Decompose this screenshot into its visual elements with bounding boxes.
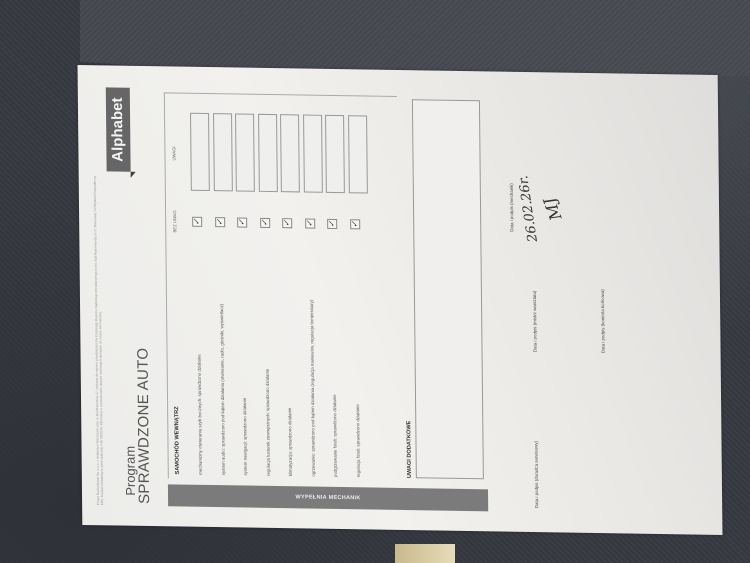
remarks-field[interactable] [348,115,368,193]
service-advisor-signature-label: Data i podpis (doradca serwisowy) [533,441,539,508]
sidebar-label: WYPEŁNIA MECHANIK [295,494,360,501]
mechanic-signature-label: Data i podpis (mechanik) [509,183,515,232]
legal-fine-print: Prawo Rachunkowe Sp. z o.o. z siedzibą w… [93,175,105,505]
checklist-item-label: system audio: sprawdzono pod kątem dział… [219,304,226,475]
workshop-master-signature-label: Data i podpis (mistrz warsztatu) [532,291,538,353]
column-remarks-header: UWAGI [171,146,176,160]
final-control-signature-label: Data i podpis (kontrola końcowa) [600,289,606,353]
program-title: Program SPRAWDZONE AUTO [122,347,152,504]
checklist-item-label: mechanizmy otwierania szyb bocznych: spr… [197,354,203,475]
checklist-item-label: regulacja foteli: sprawdzono działanie [355,404,361,477]
checklist-row: regulacja foteli: sprawdzono działanie✓ [346,96,373,481]
no-remarks-checkbox[interactable]: ✓ [215,217,225,227]
checklist-rows: mechanizmy otwierania szyb bocznych: spr… [189,94,373,482]
alphabet-logo: Alphabet [106,87,131,172]
document-photo: Prawo Rachunkowe Sp. z o.o. z siedzibą w… [70,60,730,540]
checklist-item-label: klimatyzacja: sprawdzono działanie [287,408,293,477]
remarks-field[interactable] [235,113,255,191]
section-title: SAMOCHÓD WEWNĄTRZ [174,406,181,474]
mechanic-signature-handwritten: MJ [540,195,566,223]
remarks-field[interactable] [190,113,210,191]
remarks-field[interactable] [303,115,323,193]
checklist-item-label: regulacja lusterek zewnętrznych: sprawdz… [264,369,270,476]
extra-remarks-label: UWAGI DODATKOWE [406,421,413,478]
no-remarks-checkbox[interactable]: ✓ [305,219,315,229]
checklist-item-label: podgrzewanie foteli: sprawdzono działani… [332,394,338,477]
remarks-field[interactable] [280,114,300,192]
no-remarks-checkbox[interactable]: ✓ [192,217,202,227]
checklist-item-label: system nawigacji: sprawdzono działanie [242,398,248,476]
mechanic-date-handwritten: 26.02.26r. [516,175,541,243]
no-remarks-checkbox[interactable]: ✓ [350,219,360,229]
extra-remarks-section: UWAGI DODATKOWE [400,97,488,483]
mechanic-sidebar: WYPEŁNIA MECHANIK [168,484,488,511]
extra-remarks-box[interactable] [412,99,484,479]
banknote-corner [395,544,455,563]
no-remarks-checkbox[interactable]: ✓ [282,218,292,228]
remarks-field[interactable] [213,113,233,191]
interior-checklist: SAMOCHÓD WEWNĄTRZ BEZ UWAG UWAGI mechani… [164,92,401,482]
checklist-item-label: ogrzewanie: sprawdzono pod kątem działan… [308,300,315,477]
no-remarks-checkbox[interactable]: ✓ [260,218,270,228]
no-remarks-checkbox[interactable]: ✓ [237,217,247,227]
no-remarks-checkbox[interactable]: ✓ [327,219,337,229]
column-ok-header: BEZ UWAG [172,210,177,232]
inspection-form-page: Prawo Rachunkowe Sp. z o.o. z siedzibą w… [78,65,723,535]
remarks-field[interactable] [325,115,345,193]
program-name: SPRAWDZONE AUTO [136,348,152,504]
remarks-field[interactable] [258,114,278,192]
